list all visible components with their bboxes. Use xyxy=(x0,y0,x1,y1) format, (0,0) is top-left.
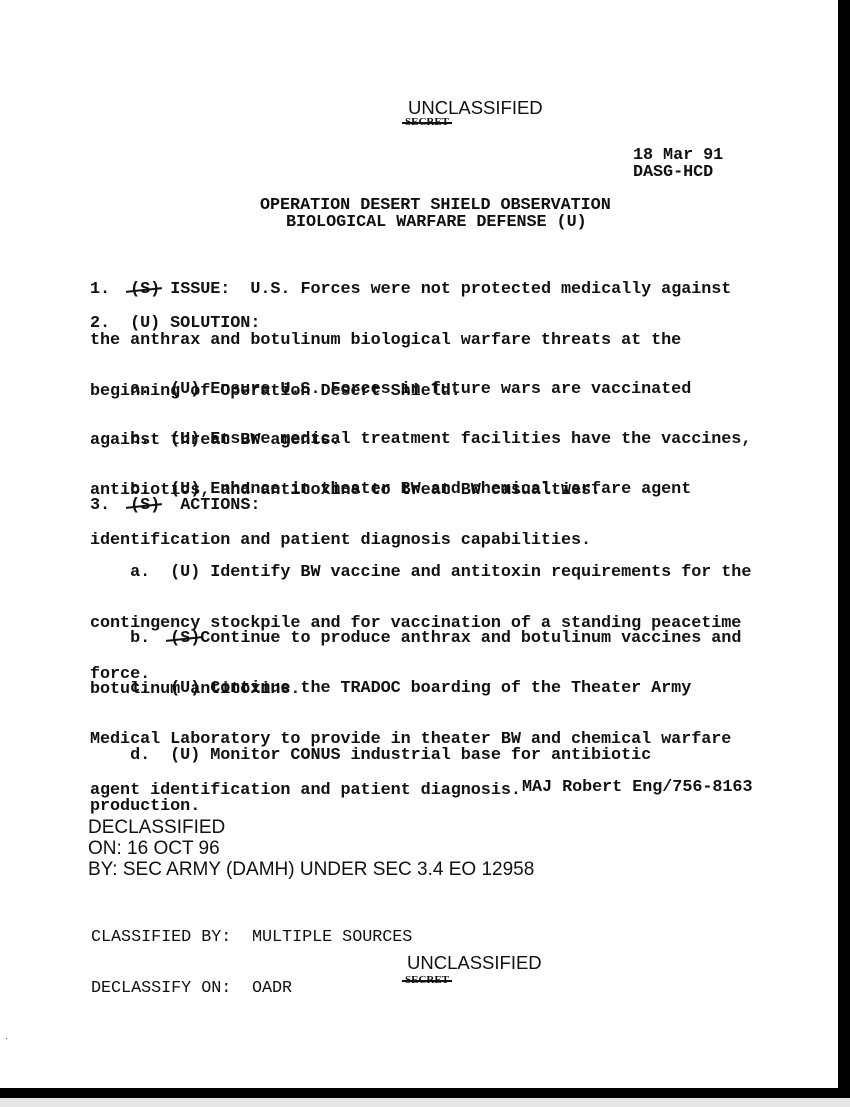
declassify-on-value: OADR xyxy=(252,979,292,998)
struck-mark: (S) xyxy=(130,281,160,298)
scan-speck xyxy=(6,1038,7,1039)
struck-mark: (S) xyxy=(170,630,200,647)
struck-classification-top: SECRET xyxy=(405,116,449,128)
scan-border-bottom xyxy=(0,1088,850,1098)
actions-heading-text: ACTIONS: xyxy=(180,496,260,515)
scan-margin-bottom xyxy=(0,1098,850,1107)
memo-office: DASG-HCD xyxy=(633,164,713,181)
classified-by-label: CLASSIFIED BY: xyxy=(91,929,252,946)
solution-heading: 2. (U) SOLUTION: xyxy=(90,315,260,332)
issue-number: 1. xyxy=(90,280,110,299)
solution-a-line1: a. (U) Ensure U.S. Forces in future wars… xyxy=(90,381,691,398)
action-a-line1: a. (U) Identify BW vaccine and antitoxin… xyxy=(90,564,751,581)
declassified-line3: BY: SEC ARMY (DAMH) UNDER SEC 3.4 EO 129… xyxy=(88,859,534,880)
scan-border-right xyxy=(838,0,850,1098)
actions-heading: 3. (S) ACTIONS: xyxy=(90,497,260,514)
contact-line: MAJ Robert Eng/756-8163 xyxy=(522,779,752,796)
memo-title-line2: BIOLOGICAL WARFARE DEFENSE (U) xyxy=(286,214,587,231)
solution-b-line1: b. (U) Ensure medical treatment faciliti… xyxy=(90,431,751,448)
memo-date: 18 Mar 91 xyxy=(633,147,723,164)
declassify-on-label: DECLASSIFY ON: xyxy=(91,980,252,997)
struck-mark: (S) xyxy=(130,497,160,514)
document-page: UNCLASSIFIED SECRET 18 Mar 91 DASG-HCD O… xyxy=(0,0,850,1107)
classification-bottom: UNCLASSIFIED xyxy=(407,952,542,974)
classified-by-value: MULTIPLE SOURCES xyxy=(252,928,412,947)
issue-line1: ISSUE: U.S. Forces were not protected me… xyxy=(170,280,731,299)
classification-block: CLASSIFIED BY:MULTIPLE SOURCES DECLASSIF… xyxy=(91,895,412,1031)
declassified-line1: DECLASSIFIED xyxy=(88,817,534,838)
declassified-line2: ON: 16 OCT 96 xyxy=(88,838,534,859)
action-d-line2: production. xyxy=(90,798,651,815)
action-d-line1: d. (U) Monitor CONUS industrial base for… xyxy=(90,747,651,764)
memo-title-line1: OPERATION DESERT SHIELD OBSERVATION xyxy=(260,197,611,214)
actions-number: 3. xyxy=(90,496,110,515)
declassified-stamp: DECLASSIFIED ON: 16 OCT 96 BY: SEC ARMY … xyxy=(88,817,534,880)
action-c-line1: c. (U) Continue the TRADOC boarding of t… xyxy=(90,680,731,697)
struck-classification-bottom: SECRET xyxy=(405,974,449,986)
